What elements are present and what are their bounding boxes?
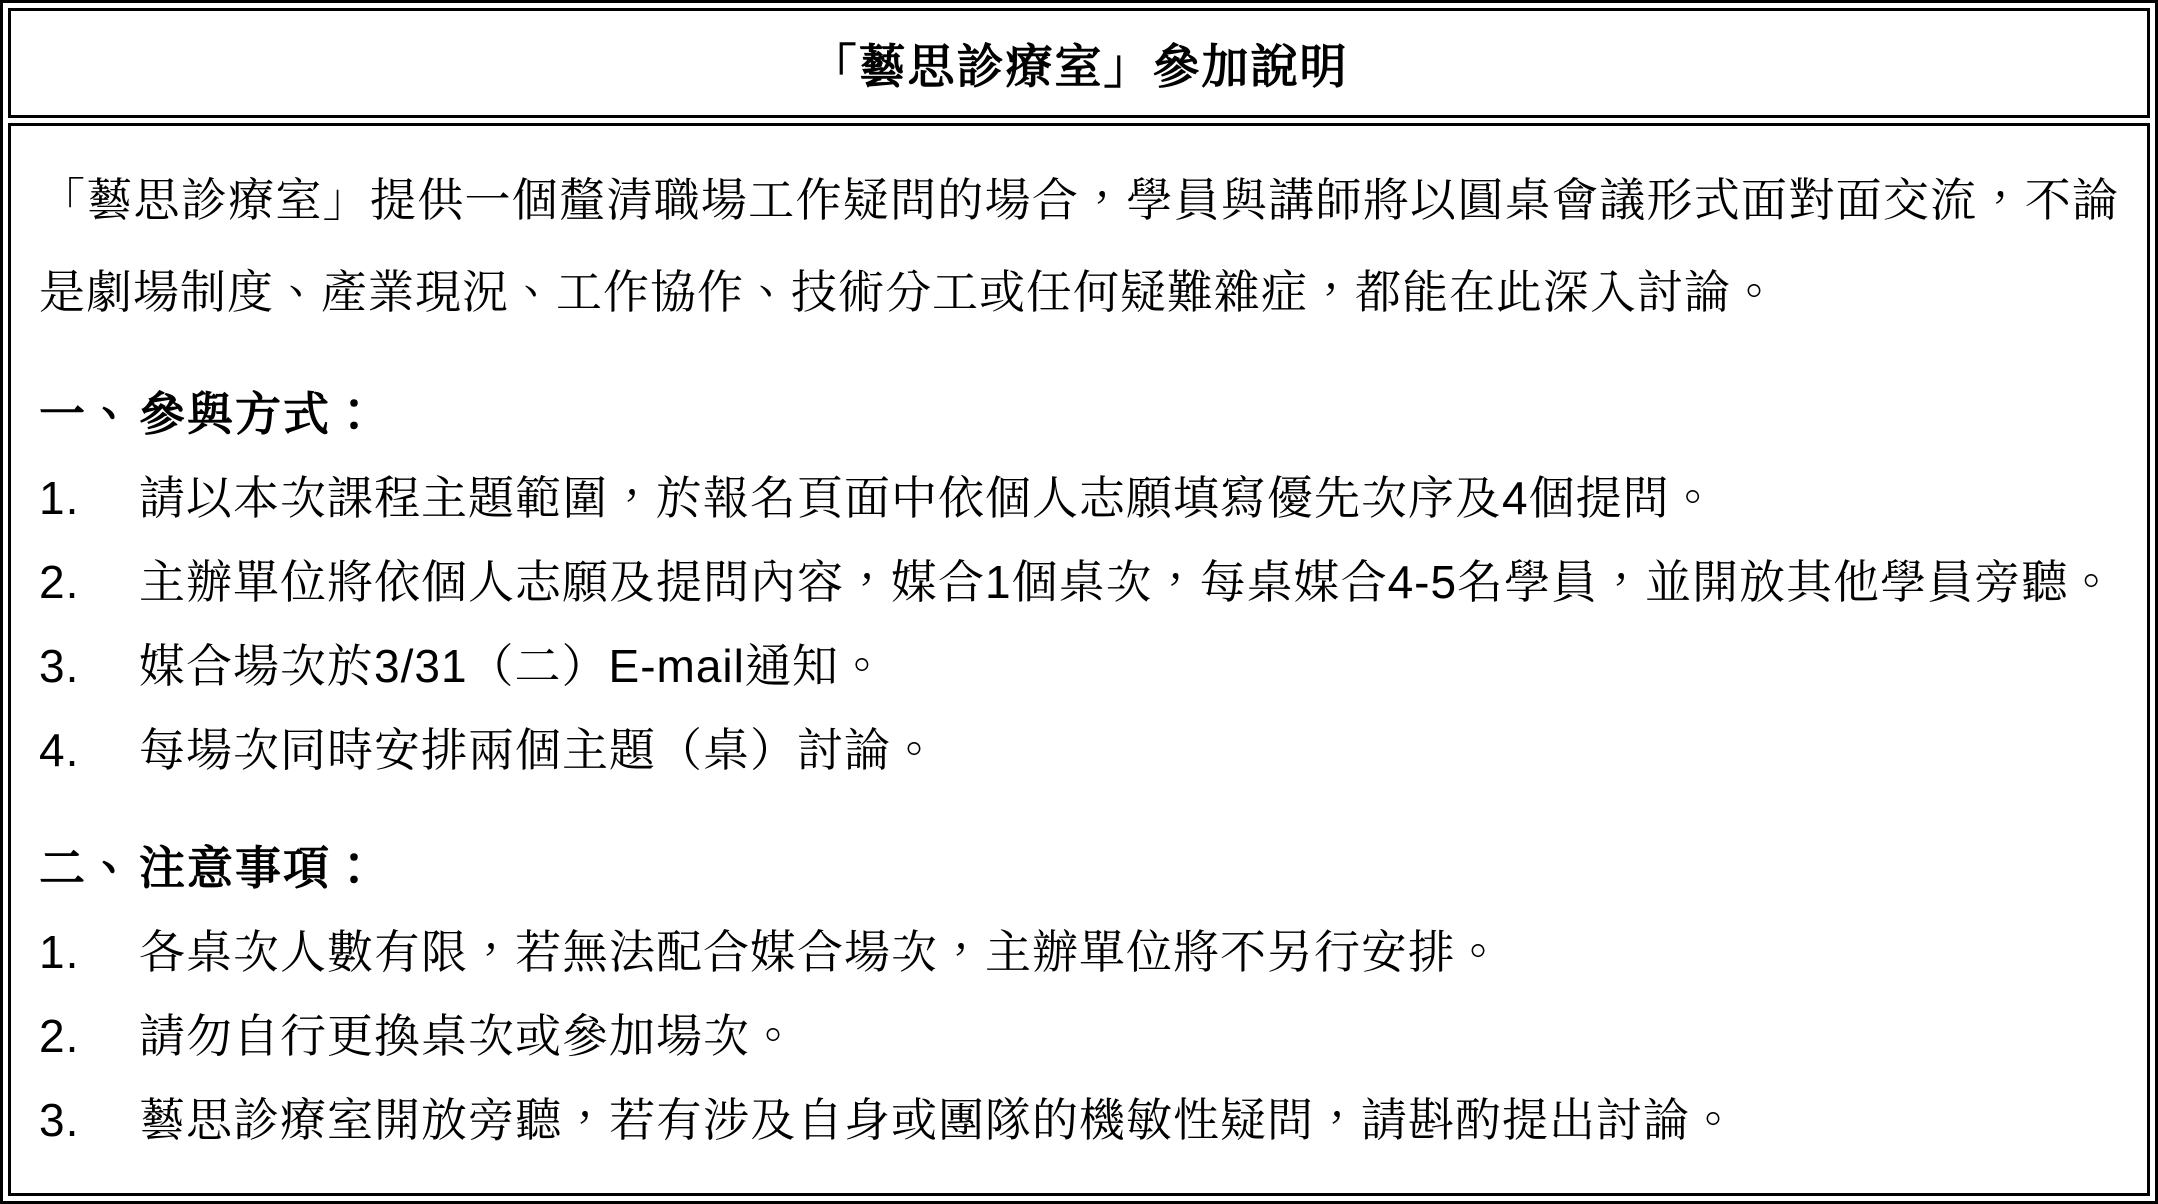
list-item: 3. 媒合場次於3/31（二）E-mail通知。 bbox=[39, 624, 2119, 708]
section-notes: 二、 注意事項： 1. 各桌次人數有限，若無法配合媒合場次，主辦單位將不另行安排… bbox=[39, 826, 2119, 1162]
list-item: 1. 請以本次課程主題範圍，於報名頁面中依個人志願填寫優先次序及4個提問。 bbox=[39, 456, 2119, 540]
section-heading: 一、 參與方式： bbox=[39, 372, 2119, 456]
item-text: 請勿自行更換桌次或參加場次。 bbox=[139, 994, 2119, 1078]
section-marker: 一、 bbox=[39, 372, 139, 456]
item-number: 3. bbox=[39, 1078, 139, 1162]
section-participation: 一、 參與方式： 1. 請以本次課程主題範圍，於報名頁面中依個人志願填寫優先次序… bbox=[39, 372, 2119, 792]
item-number: 4. bbox=[39, 708, 139, 792]
section-heading: 二、 注意事項： bbox=[39, 826, 2119, 910]
notes-list: 1. 各桌次人數有限，若無法配合媒合場次，主辦單位將不另行安排。 2. 請勿自行… bbox=[39, 910, 2119, 1162]
section-title: 參與方式： bbox=[139, 372, 379, 456]
list-item: 1. 各桌次人數有限，若無法配合媒合場次，主辦單位將不另行安排。 bbox=[39, 910, 2119, 994]
item-number: 3. bbox=[39, 624, 139, 708]
item-text: 每場次同時安排兩個主題（桌）討論。 bbox=[139, 708, 2119, 792]
item-number: 2. bbox=[39, 994, 139, 1078]
item-number: 2. bbox=[39, 540, 139, 624]
item-text: 請以本次課程主題範圍，於報名頁面中依個人志願填寫優先次序及4個提問。 bbox=[139, 456, 2119, 540]
list-item: 3. 藝思診療室開放旁聽，若有涉及自身或團隊的機敏性疑問，請斟酌提出討論。 bbox=[39, 1078, 2119, 1162]
list-item: 2. 請勿自行更換桌次或參加場次。 bbox=[39, 994, 2119, 1078]
intro-paragraph: 「藝思診療室」提供一個釐清職場工作疑問的場合，學員與講師將以圓桌會議形式面對面交… bbox=[39, 154, 2119, 338]
content-box: 「藝思診療室」提供一個釐清職場工作疑問的場合，學員與講師將以圓桌會議形式面對面交… bbox=[8, 123, 2150, 1196]
item-text: 藝思診療室開放旁聽，若有涉及自身或團隊的機敏性疑問，請斟酌提出討論。 bbox=[139, 1078, 2119, 1162]
item-text: 各桌次人數有限，若無法配合媒合場次，主辦單位將不另行安排。 bbox=[139, 910, 2119, 994]
list-item: 2. 主辦單位將依個人志願及提問內容，媒合1個桌次，每桌媒合4-5名學員，並開放… bbox=[39, 540, 2119, 624]
page-title: 「藝思診療室」參加說明 bbox=[810, 30, 1349, 97]
section-marker: 二、 bbox=[39, 826, 139, 910]
item-text: 媒合場次於3/31（二）E-mail通知。 bbox=[139, 624, 2119, 708]
title-box: 「藝思診療室」參加說明 bbox=[8, 8, 2150, 118]
section-title: 注意事項： bbox=[139, 826, 379, 910]
list-item: 4. 每場次同時安排兩個主題（桌）討論。 bbox=[39, 708, 2119, 792]
item-number: 1. bbox=[39, 456, 139, 540]
item-number: 1. bbox=[39, 910, 139, 994]
document-page: 「藝思診療室」參加說明 「藝思診療室」提供一個釐清職場工作疑問的場合，學員與講師… bbox=[0, 0, 2158, 1204]
item-text: 主辦單位將依個人志願及提問內容，媒合1個桌次，每桌媒合4-5名學員，並開放其他學… bbox=[139, 540, 2119, 624]
participation-list: 1. 請以本次課程主題範圍，於報名頁面中依個人志願填寫優先次序及4個提問。 2.… bbox=[39, 456, 2119, 792]
